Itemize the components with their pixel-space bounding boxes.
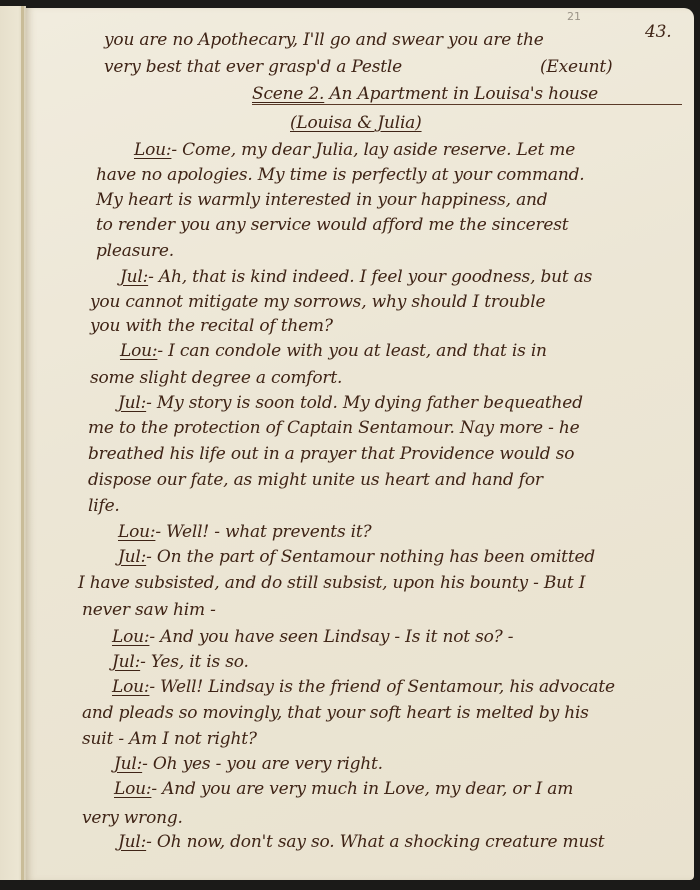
dialogue-line: Jul:- Oh yes - you are very right. [114, 754, 383, 774]
dialogue-text: - My story is soon told. My dying father… [146, 393, 583, 413]
binding-gutter [21, 6, 24, 880]
text-line: some slight degree a comfort. [90, 368, 342, 388]
text-line: you cannot mitigate my sorrows, why shou… [90, 292, 545, 312]
cast-names: (Louisa & Julia) [290, 113, 422, 133]
speaker-name: Jul: [114, 754, 142, 774]
text-line: you with the recital of them? [90, 316, 333, 336]
text-line: me to the protection of Captain Sentamou… [88, 418, 579, 438]
dialogue-line: Lou:- I can condole with you at least, a… [120, 341, 547, 361]
speaker-name: Jul: [118, 393, 146, 413]
speaker-name: Lou: [118, 522, 155, 542]
dialogue-text: - I can condole with you at least, and t… [157, 341, 546, 361]
text-line: My heart is warmly interested in your ha… [96, 190, 547, 210]
dialogue-text: - And you have seen Lindsay - Is it not … [149, 627, 513, 647]
speaker-name: Jul: [118, 547, 146, 567]
scene-title: An Apartment in Louisa's house [324, 84, 598, 104]
text-line: breathed his life out in a prayer that P… [88, 444, 574, 464]
text-line: suit - Am I not right? [82, 729, 257, 749]
scene-heading: Scene 2. An Apartment in Louisa's house [252, 84, 598, 104]
text-line: I have subsisted, and do still subsist, … [78, 573, 585, 593]
dialogue-text: - Well! - what prevents it? [155, 522, 371, 542]
dialogue-line: Jul:- On the part of Sentamour nothing h… [118, 547, 595, 567]
text-line: to render you any service would afford m… [96, 215, 568, 235]
dialogue-line: Jul:- My story is soon told. My dying fa… [118, 393, 583, 413]
text-line: very wrong. [82, 808, 183, 828]
dialogue-line: Lou:- Well! Lindsay is the friend of Sen… [112, 677, 615, 697]
cast-list: (Louisa & Julia) [290, 113, 422, 133]
pencil-folio-number: 21 [567, 10, 581, 23]
speaker-name: Lou: [120, 341, 157, 361]
text-line: have no apologies. My time is perfectly … [96, 165, 584, 185]
dialogue-text: - Oh yes - you are very right. [142, 754, 383, 774]
dialogue-text: - On the part of Sentamour nothing has b… [146, 547, 595, 567]
dialogue-text: - And you are very much in Love, my dear… [151, 779, 573, 799]
dialogue-text: - Ah, that is kind indeed. I feel your g… [148, 267, 592, 287]
text-line: pleasure. [96, 241, 174, 261]
speaker-name: Jul: [118, 832, 146, 852]
dialogue-line: Lou:- And you are very much in Love, my … [114, 779, 573, 799]
dialogue-line: Jul:- Yes, it is so. [112, 652, 249, 672]
text-line: you are no Apothecary, I'll go and swear… [104, 30, 544, 50]
dialogue-line: Lou:- Come, my dear Julia, lay aside res… [134, 140, 575, 160]
text-line: life. [88, 496, 120, 516]
dialogue-line: Jul:- Ah, that is kind indeed. I feel yo… [120, 267, 592, 287]
dialogue-line: Lou:- And you have seen Lindsay - Is it … [112, 627, 513, 647]
scene-label: Scene 2. [252, 84, 324, 104]
dialogue-text: - Yes, it is so. [140, 652, 249, 672]
speaker-name: Lou: [112, 677, 149, 697]
dialogue-line: Jul:- Oh now, don't say so. What a shock… [118, 832, 604, 852]
speaker-name: Lou: [114, 779, 151, 799]
text-line: dispose our fate, as might unite us hear… [88, 470, 543, 490]
text-line: and pleads so movingly, that your soft h… [82, 703, 589, 723]
speaker-name: Lou: [112, 627, 149, 647]
dialogue-text: - Come, my dear Julia, lay aside reserve… [171, 140, 575, 160]
speaker-name: Lou: [134, 140, 171, 160]
text-line: never saw him - [82, 600, 216, 620]
dialogue-text: - Well! Lindsay is the friend of Sentamo… [149, 677, 614, 697]
text-line: very best that ever grasp'd a Pestle [104, 57, 402, 77]
page-number: 43. [645, 22, 671, 42]
dialogue-text: - Oh now, don't say so. What a shocking … [146, 832, 604, 852]
stage-direction: (Exeunt) [540, 57, 612, 77]
dialogue-line: Lou:- Well! - what prevents it? [118, 522, 371, 542]
scene-heading-rule [252, 104, 682, 105]
speaker-name: Jul: [120, 267, 148, 287]
speaker-name: Jul: [112, 652, 140, 672]
